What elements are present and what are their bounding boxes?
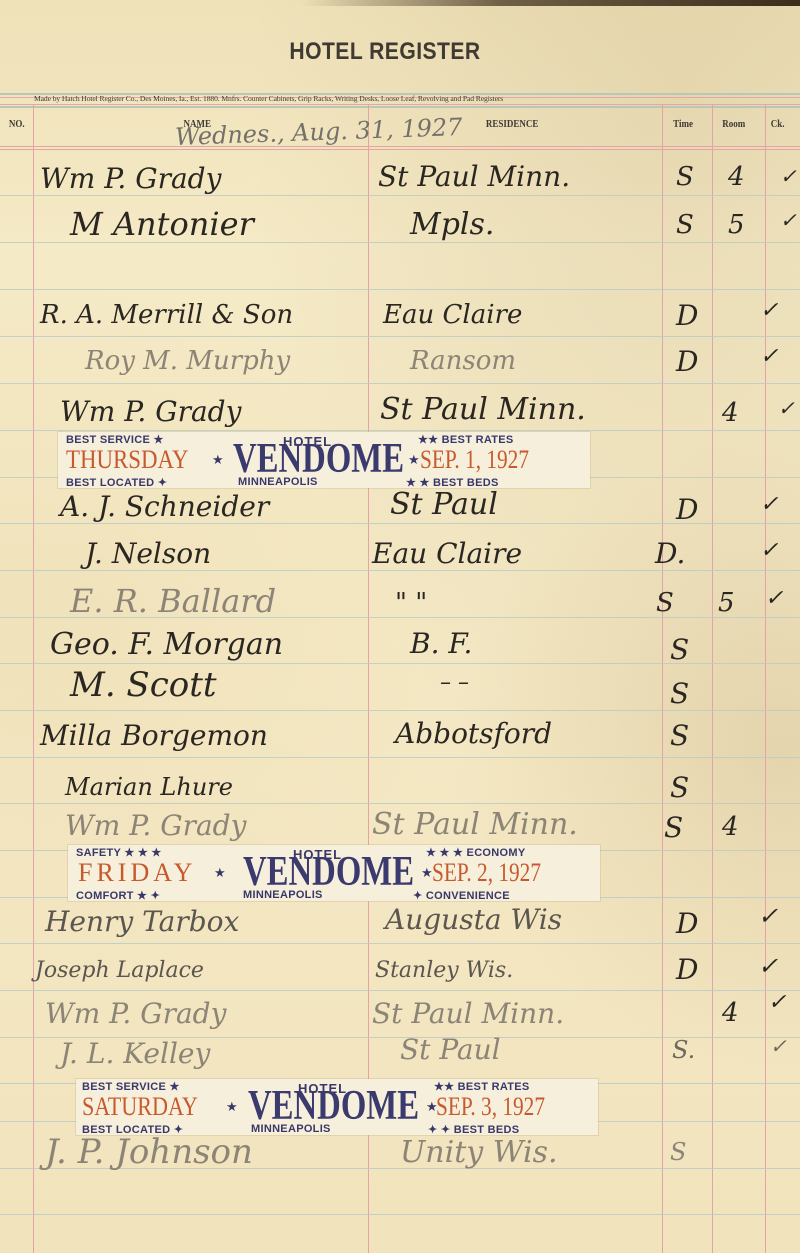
rule-line [0, 289, 800, 290]
guest-name: E. R. Ballard [70, 585, 276, 617]
stamp-day: SATURDAY [82, 1092, 198, 1122]
stamp-slogan: COMFORT ★ ✦ [76, 889, 160, 902]
time-mark: D. [655, 540, 685, 568]
hotel-brand-logo: VENDOME [233, 438, 404, 480]
book-edge-shadow [300, 0, 800, 6]
guest-name: Wm P. Grady [60, 398, 241, 426]
time-mark: D [676, 910, 698, 938]
check-mark: ✓ [778, 398, 795, 418]
star-icon: ★ [226, 1099, 238, 1115]
guest-name: J. P. Johnson [45, 1135, 253, 1169]
guest-residence: Augusta Wis [385, 906, 562, 934]
check-mark: ✓ [760, 346, 778, 368]
column-divider [662, 104, 663, 1253]
guest-residence: B. F. [410, 630, 472, 658]
guest-name: Wm P. Grady [65, 812, 246, 840]
guest-name: Wm P. Grady [45, 1000, 226, 1028]
stamp-slogan: BEST LOCATED ✦ [66, 476, 167, 489]
header-rule [0, 146, 800, 147]
time-mark: S [676, 212, 694, 238]
column-header-time: Time [673, 119, 693, 130]
rule-line [0, 570, 800, 571]
stamp-date: SEP. 1, 1927 [420, 445, 529, 475]
guest-name: M. Scott [70, 668, 217, 702]
time-mark: S [664, 814, 683, 842]
rule-line [0, 1214, 800, 1215]
guest-name: R. A. Merrill & Son [40, 302, 293, 328]
rule-line [0, 430, 800, 431]
guest-residence: Stanley Wis. [375, 960, 513, 982]
time-mark: D [676, 496, 698, 524]
room-number: 5 [718, 590, 735, 616]
column-divider [33, 104, 34, 1253]
time-mark: S. [672, 1038, 695, 1062]
date-stamp-thursday: BEST SERVICE ★ ★★ BEST RATES THURSDAY ★ … [58, 432, 590, 488]
register-page: HOTEL REGISTER Made by Hatch Hotel Regis… [0, 0, 800, 1253]
guest-name: Henry Tarbox [45, 908, 239, 936]
handwritten-date-heading: Wednes., Aug. 31, 1927 [175, 115, 463, 149]
check-mark: ✓ [760, 300, 778, 322]
guest-name: Milla Borgemon [40, 722, 268, 750]
stamp-date: SEP. 3, 1927 [436, 1092, 545, 1122]
date-stamp-saturday: BEST SERVICE ★ ★★ BEST RATES SATURDAY ★ … [76, 1079, 598, 1135]
guest-name: M Antonier [70, 208, 254, 240]
rule-line [0, 757, 800, 758]
date-stamp-friday: SAFETY ★ ★ ★ ★ ★ ★ ECONOMY FRIDAY ★ HOTE… [68, 845, 600, 901]
star-icon: ★ [408, 452, 420, 468]
guest-residence: St Paul Minn. [372, 1000, 564, 1028]
guest-name: Joseph Laplace [35, 960, 204, 982]
guest-residence: Unity Wis. [400, 1138, 558, 1168]
guest-residence: Eau Claire [383, 302, 522, 328]
room-number: 4 [728, 164, 745, 190]
guest-name: Roy M. Murphy [85, 348, 290, 374]
rule-line [0, 336, 800, 337]
star-icon: ★ [212, 452, 224, 468]
rule-line [0, 195, 800, 196]
time-mark: D [676, 956, 698, 984]
check-mark: ✓ [770, 1036, 787, 1056]
time-mark: S [670, 1140, 686, 1164]
column-header-ck: Ck. [771, 119, 785, 130]
hotel-brand-logo: VENDOME [243, 851, 414, 893]
time-mark: D [676, 348, 698, 376]
guest-residence: – – [440, 672, 469, 694]
check-mark: ✓ [765, 588, 783, 610]
rule-line [0, 710, 800, 711]
guest-name: J. L. Kelley [60, 1040, 210, 1068]
guest-residence: St Paul [400, 1036, 501, 1064]
rule-line [0, 383, 800, 384]
rule-line [0, 990, 800, 991]
guest-residence: " " [395, 590, 427, 616]
room-number: 4 [722, 814, 739, 840]
time-mark: S [670, 774, 689, 802]
column-header-room: Room [722, 119, 745, 130]
hotel-brand-logo: VENDOME [248, 1085, 419, 1127]
check-mark: ✓ [768, 992, 786, 1014]
check-mark: ✓ [758, 904, 778, 928]
guest-name: J. Nelson [85, 540, 211, 568]
time-mark: S [670, 636, 689, 664]
star-icon: ★ [421, 865, 433, 881]
maker-imprint: Made by Hatch Hotel Register Co., Des Mo… [34, 94, 503, 103]
guest-residence: St Paul [390, 490, 498, 520]
guest-residence: Ransom [410, 348, 516, 374]
stamp-slogan: ✦ CONVENIENCE [413, 889, 510, 902]
guest-name: Geo. F. Morgan [50, 630, 283, 660]
guest-name: A. J. Schneider [60, 493, 269, 521]
column-divider [765, 104, 766, 1253]
guest-name: Wm P. Grady [40, 165, 221, 193]
rule-line [0, 943, 800, 944]
time-mark: D [676, 302, 698, 330]
time-mark: S [676, 164, 694, 190]
check-mark: ✓ [758, 954, 778, 978]
stamp-city: MINNEAPOLIS [243, 889, 323, 901]
check-mark: ✓ [760, 540, 778, 562]
column-header-no: NO. [9, 119, 25, 130]
header-rule [0, 149, 800, 150]
check-mark: ✓ [780, 166, 797, 186]
column-header-residence: RESIDENCE [486, 119, 539, 130]
rule-decorative [0, 104, 800, 105]
guest-residence: St Paul Minn. [380, 395, 586, 425]
stamp-city: MINNEAPOLIS [251, 1123, 331, 1135]
stamp-day: THURSDAY [66, 445, 188, 475]
stamp-date: SEP. 2, 1927 [432, 858, 541, 888]
room-number: 5 [728, 212, 745, 238]
time-mark: S [656, 590, 674, 616]
check-mark: ✓ [760, 494, 778, 516]
guest-residence: Eau Claire [372, 540, 522, 568]
check-mark: ✓ [780, 210, 797, 230]
time-mark: S [670, 680, 689, 708]
guest-residence: Abbotsford [395, 720, 552, 748]
star-icon: ★ [214, 865, 226, 881]
guest-residence: St Paul Minn. [378, 163, 570, 191]
room-number: 4 [722, 400, 739, 426]
stamp-day: FRIDAY [78, 858, 196, 888]
guest-name: Marian Lhure [65, 775, 233, 799]
column-divider [712, 104, 713, 1253]
page-title: HOTEL REGISTER [46, 38, 724, 66]
rule-decorative [0, 106, 800, 108]
time-mark: S [670, 722, 689, 750]
stamp-city: MINNEAPOLIS [238, 476, 318, 488]
room-number: 4 [722, 1000, 739, 1026]
guest-residence: St Paul Minn. [372, 810, 578, 840]
guest-residence: Mpls. [410, 210, 494, 240]
